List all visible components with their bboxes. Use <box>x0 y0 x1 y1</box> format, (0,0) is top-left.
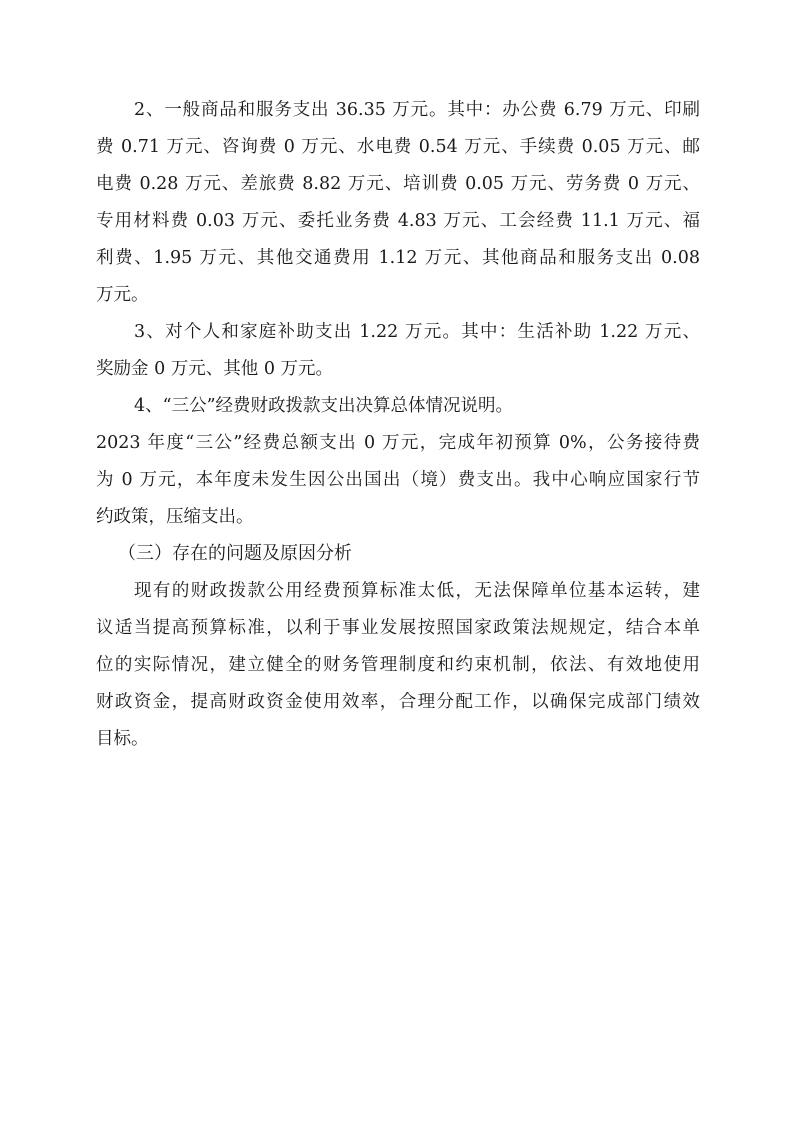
text-line: 约政策，压缩支出。 <box>96 505 254 529</box>
text-line: 奖励金 0 万元、其他 0 万元。 <box>96 357 333 381</box>
text-line: 2023 年度“三公”经费总额支出 0 万元，完成年初预算 0%，公务接待费 <box>96 431 700 455</box>
text-line: 3、对个人和家庭补助支出 1.22 万元。其中：生活补助 1.22 万元、 <box>134 320 700 344</box>
text-line: 议适当提高预算标准，以利于事业发展按照国家政策法规规定，结合本单 <box>96 616 700 640</box>
text-line: 专用材料费 0.03 万元、委托业务费 4.83 万元、工会经费 11.1 万元… <box>96 209 700 233</box>
text-line: 财政资金，提高财政资金使用效率，合理分配工作，以确保完成部门绩效 <box>96 690 700 714</box>
text-line: 2、一般商品和服务支出 36.35 万元。其中：办公费 6.79 万元、印刷 <box>134 98 700 122</box>
section-heading-problems-analysis: （三）存在的问题及原因分析 <box>118 542 352 566</box>
text-line: 费 0.71 万元、咨询费 0 万元、水电费 0.54 万元、手续费 0.05 … <box>96 135 700 159</box>
text-line: 现有的财政拨款公用经费预算标准太低，无法保障单位基本运转，建 <box>134 579 700 603</box>
text-line: 万元。 <box>96 283 149 307</box>
text-line: 为 0 万元，本年度未发生因公出国出（境）费支出。我中心响应国家行节 <box>96 468 700 492</box>
text-line: 电费 0.28 万元、差旅费 8.82 万元、培训费 0.05 万元、劳务费 0… <box>96 172 700 196</box>
text-line: 利费、1.95 万元、其他交通费用 1.12 万元、其他商品和服务支出 0.08 <box>96 246 700 270</box>
text-line: 位的实际情况，建立健全的财务管理制度和约束机制，依法、有效地使用 <box>96 653 700 677</box>
text-line: 目标。 <box>96 727 149 751</box>
text-line: 4、“三公”经费财政拨款支出决算总体情况说明。 <box>134 394 513 418</box>
